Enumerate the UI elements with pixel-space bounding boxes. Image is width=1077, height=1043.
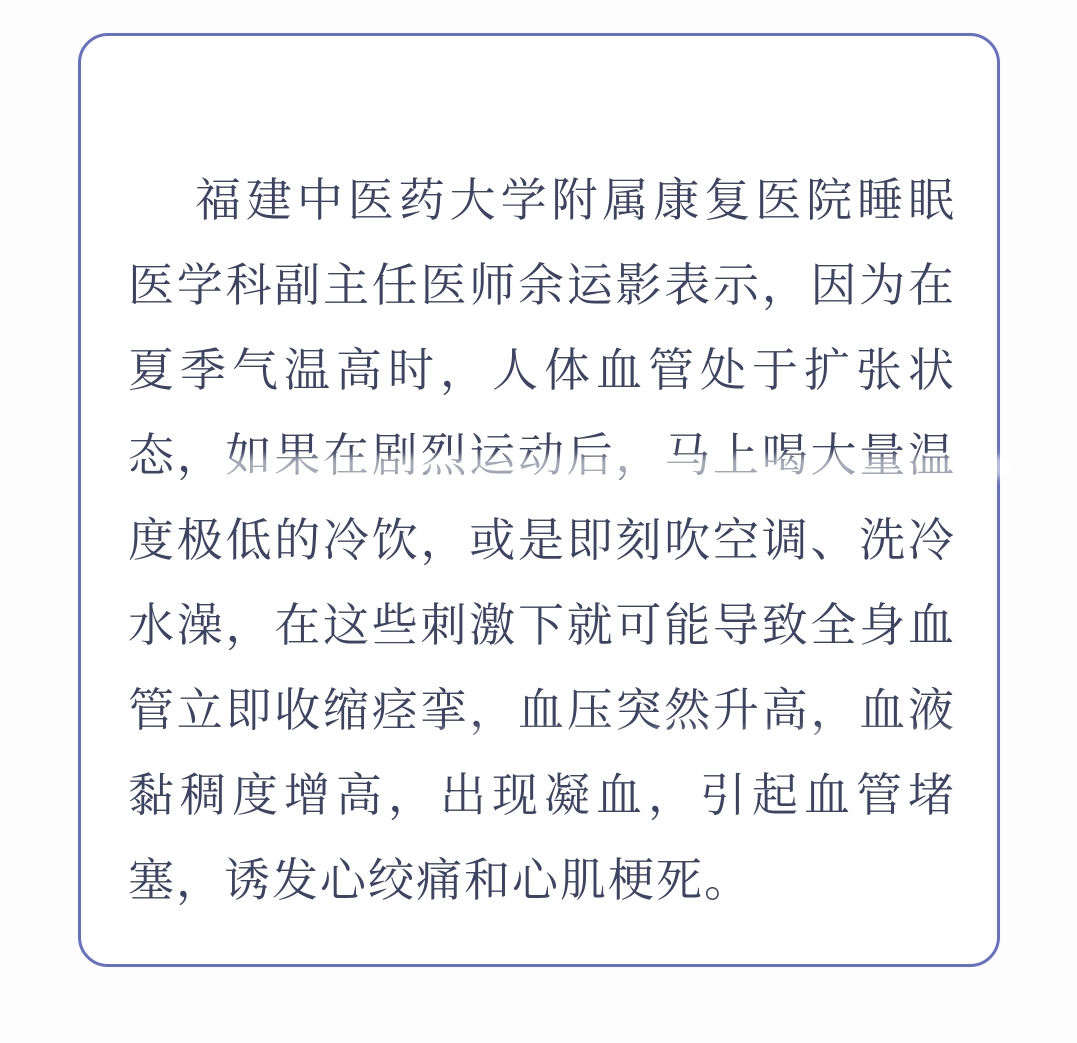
paragraph-line: 黏稠度增高，出现凝血，引起血管堵 — [128, 753, 954, 838]
article-paragraph: 福建中医药大学附属康复医院睡眠 医学科副主任医师余运影表示，因为在 夏季气温高时… — [128, 158, 954, 923]
paragraph-line: 管立即收缩痉挛，血压突然升高，血液 — [128, 668, 954, 753]
paragraph-line: 福建中医药大学附属康复医院睡眠 — [128, 158, 954, 243]
paragraph-line: 度极低的冷饮，或是即刻吹空调、洗冷 — [128, 498, 954, 583]
text-card: 福建中医药大学附属康复医院睡眠 医学科副主任医师余运影表示，因为在 夏季气温高时… — [78, 33, 1000, 967]
paragraph-line: 夏季气温高时，人体血管处于扩张状 — [128, 328, 954, 413]
paragraph-line: 水澡，在这些刺激下就可能导致全身血 — [128, 583, 954, 668]
paragraph-line: 塞，诱发心绞痛和心肌梗死。 — [128, 838, 954, 923]
paragraph-line: 态，如果在剧烈运动后，马上喝大量温 — [128, 413, 954, 498]
paragraph-line: 医学科副主任医师余运影表示，因为在 — [128, 243, 954, 328]
